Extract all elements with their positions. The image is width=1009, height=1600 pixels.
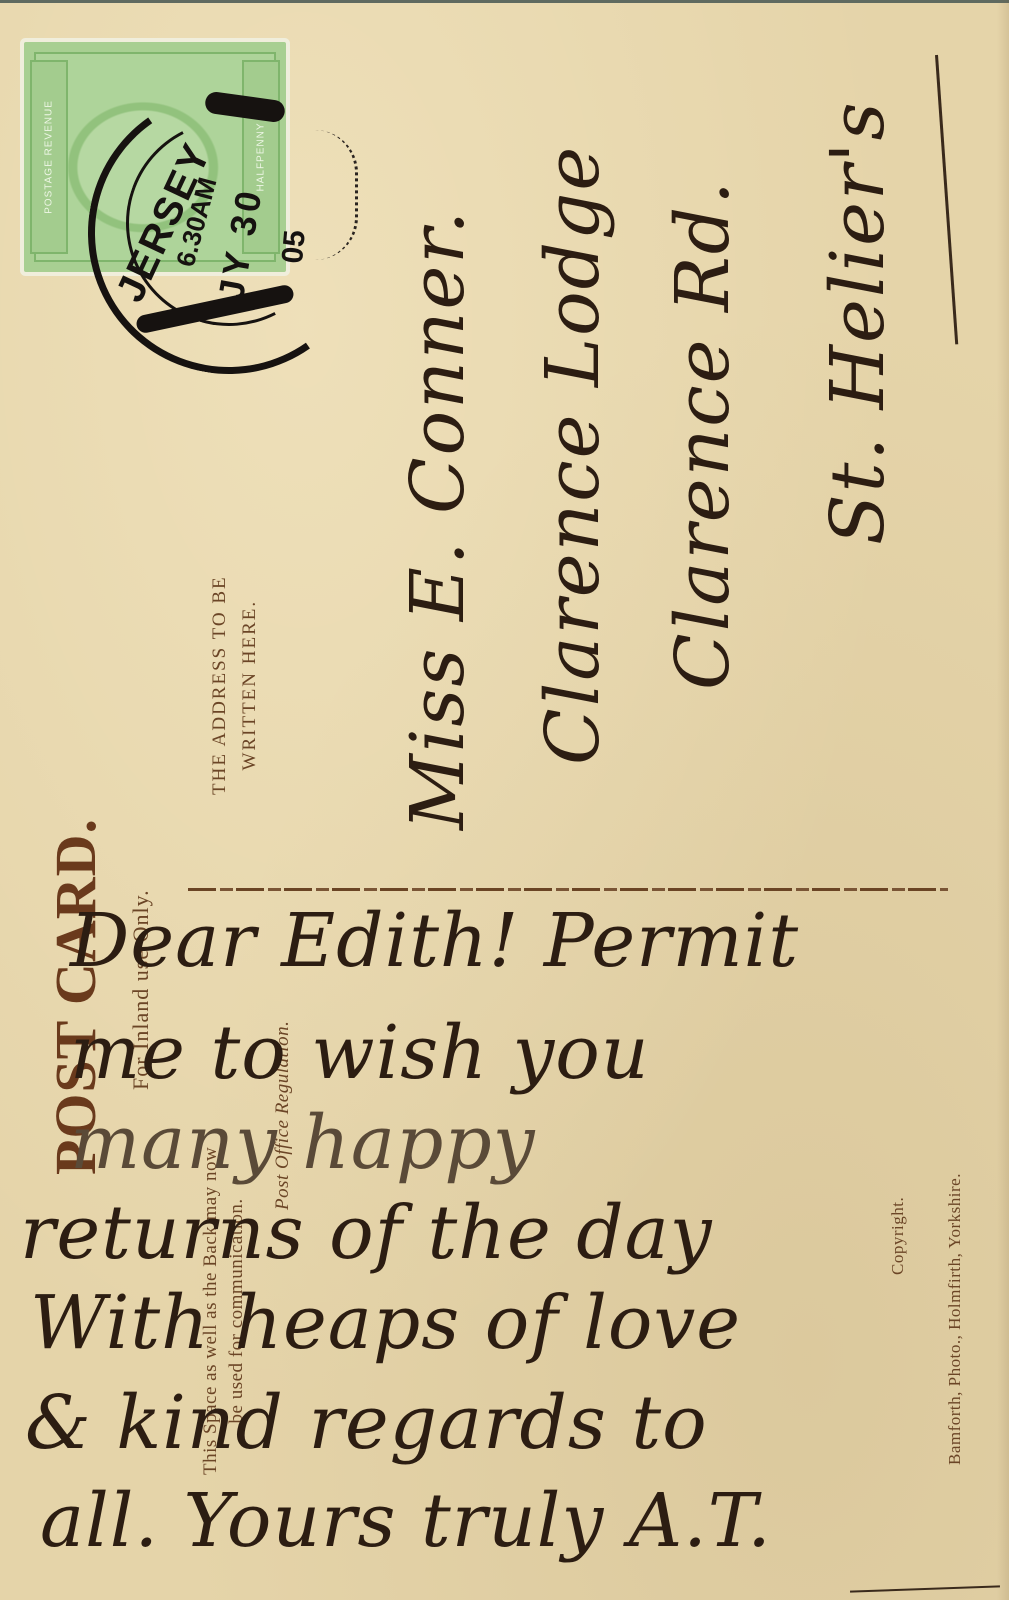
- stamp-left-label: POSTAGE REVENUE: [44, 100, 55, 214]
- address-line-3: Clarence Rd.: [660, 179, 746, 690]
- publisher-credit: Bamforth, Photo., Holmfirth, Yorkshire.: [945, 1173, 965, 1465]
- address-instruction-line-2: WRITTEN HERE.: [235, 575, 265, 795]
- copyright-mark: Copyright.: [888, 1197, 908, 1275]
- scan-edge: [0, 0, 1009, 3]
- address-line-1: Miss E. Conner.: [395, 209, 481, 830]
- message-line-4: returns of the day: [20, 1190, 713, 1276]
- address-underline: [935, 55, 958, 345]
- message-line-3: many happy: [70, 1100, 536, 1186]
- address-instruction-line-1: THE ADDRESS TO BE: [205, 575, 235, 795]
- stamp-left-panel: POSTAGE REVENUE: [30, 60, 68, 254]
- address-divider-line: [188, 888, 948, 891]
- message-line-2: me to wish you: [70, 1010, 649, 1096]
- message-line-1: Dear Edith! Permit: [70, 898, 799, 984]
- message-line-7: all. Yours truly A.T.: [40, 1478, 772, 1564]
- address-line-2: Clarence Lodge: [530, 145, 616, 765]
- signature-underline: [850, 1585, 1000, 1592]
- postcard-back: POSTAGE REVENUE HALFPENNY JERSEY 6.30AM …: [0, 0, 1009, 1600]
- message-line-6: & kind regards to: [25, 1380, 708, 1466]
- address-instruction: THE ADDRESS TO BE WRITTEN HERE.: [205, 575, 265, 795]
- postmark-year: 05: [276, 229, 313, 265]
- card-shadow: [997, 0, 1009, 1600]
- message-line-5: With heaps of love: [30, 1280, 741, 1366]
- address-line-4: St. Helier's: [815, 100, 901, 545]
